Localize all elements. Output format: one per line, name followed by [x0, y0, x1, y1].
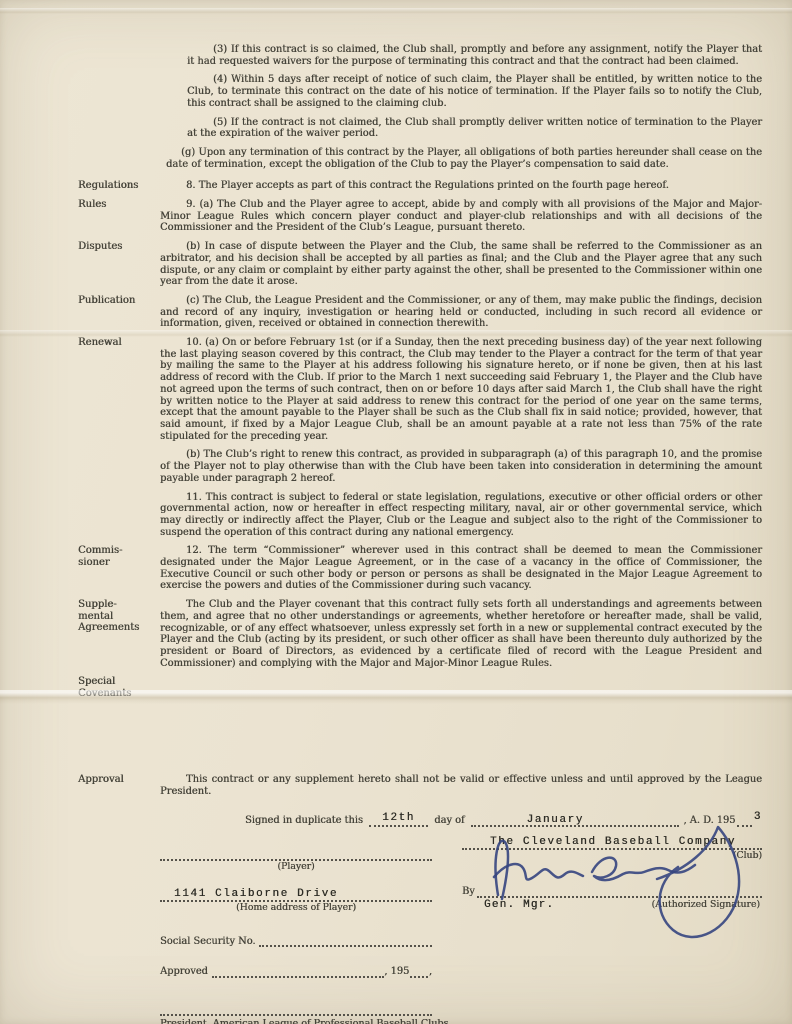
section-special-covenants: Special Covenants — [78, 676, 762, 772]
special-covenants-blank-area — [160, 676, 762, 772]
section-renewal: Renewal 10. (a) On or before February 1s… — [78, 337, 762, 545]
section-disputes: Disputes (b) In case of dispute between … — [78, 241, 762, 295]
approved-year-label: , 195 — [384, 966, 409, 978]
day-fill-field: 12th — [369, 811, 428, 827]
labeled-sections: Regulations 8. The Player accepts as par… — [78, 180, 762, 804]
margin-label-publication: Publication — [78, 295, 160, 337]
paragraph-9c: (c) The Club, the League President and t… — [160, 295, 762, 330]
club-column: The Cleveland Baseball Company (Club) By… — [462, 829, 762, 1024]
paragraph-9a: 9. (a) The Club and the Player agree to … — [160, 199, 762, 234]
margin-label-approval: Approval — [78, 774, 160, 804]
month-fill-field: January — [471, 813, 680, 827]
section-commissioner: Commis- sioner 12. The term “Commissione… — [78, 545, 762, 599]
club-label: (Club) — [462, 850, 762, 861]
paragraph-10b: (b) The Club’s right to renew this contr… — [160, 449, 762, 484]
league-president-line — [160, 1002, 432, 1016]
approved-label: Approved — [160, 966, 208, 978]
paragraph-9b: (b) In case of dispute between the Playe… — [160, 241, 762, 288]
paragraph-g: (g) Upon any termination of this contrac… — [166, 147, 762, 170]
paragraph-11: 11. This contract is subject to federal … — [160, 492, 762, 539]
gen-mgr-title: Gen. Mgr. — [484, 899, 554, 911]
year-fill-field — [737, 811, 751, 827]
margin-label-rules: Rules — [78, 199, 160, 241]
club-name-field: The Cleveland Baseball Company (Club) — [462, 829, 762, 861]
player-column: (Player) 1141 Claiborne Drive (Home addr… — [160, 831, 432, 1024]
waiver-clauses: (3) If this contract is so claimed, the … — [78, 44, 762, 170]
approved-year-line — [410, 964, 428, 978]
home-address-field: 1141 Claiborne Drive (Home address of Pl… — [160, 881, 432, 913]
approved-field: Approved , 195 , — [160, 964, 432, 978]
player-signature-field: (Player) — [160, 847, 432, 872]
by-label: By — [462, 886, 475, 898]
day-of-label: day of — [434, 815, 464, 827]
contract-page: (3) If this contract is so claimed, the … — [0, 0, 792, 1024]
paragraph-12: 12. The term “Commissioner” wherever use… — [160, 545, 762, 592]
under-by-labels: Gen. Mgr. (Authorized Signature) — [462, 899, 762, 911]
club-name-line: The Cleveland Baseball Company — [462, 829, 762, 850]
club-name-value: The Cleveland Baseball Company — [490, 836, 736, 848]
margin-label-regulations: Regulations — [78, 180, 160, 199]
player-label: (Player) — [160, 861, 432, 872]
social-security-line — [259, 933, 432, 947]
home-address-value: 1141 Claiborne Drive — [174, 888, 338, 900]
paragraph-approval: This contract or any supplement hereto s… — [160, 774, 762, 797]
paragraph-4: (4) Within 5 days after receipt of notic… — [187, 74, 762, 109]
signed-prefix-label: Signed in duplicate this — [245, 815, 363, 827]
margin-label-renewal: Renewal — [78, 337, 160, 545]
fold-crease-top — [0, 8, 792, 14]
section-approval: Approval This contract or any supplement… — [78, 774, 762, 804]
section-rules: Rules 9. (a) The Club and the Player agr… — [78, 199, 762, 241]
social-security-label: Social Security No. — [160, 936, 255, 947]
signed-in-duplicate-line: Signed in duplicate this 12th day of Jan… — [245, 811, 762, 827]
margin-label-commissioner: Commis- sioner — [78, 545, 160, 599]
signature-block: Signed in duplicate this 12th day of Jan… — [160, 811, 762, 1024]
margin-label-supplemental-agreements: Supple- mental Agreements — [78, 599, 160, 676]
authorized-signature-line — [477, 884, 762, 898]
paragraph-5: (5) If the contract is not claimed, the … — [187, 117, 762, 140]
social-security-field: Social Security No. — [160, 933, 432, 947]
paragraph-10a: 10. (a) On or before February 1st (or if… — [160, 337, 762, 442]
paragraph-3: (3) If this contract is so claimed, the … — [187, 44, 762, 67]
ad-195-label: , A. D. 195 — [683, 815, 735, 827]
section-regulations: Regulations 8. The Player accepts as par… — [78, 180, 762, 199]
margin-label-special-covenants: Special Covenants — [78, 676, 160, 772]
player-signature-line — [160, 847, 432, 861]
approved-line — [212, 964, 384, 978]
margin-label-disputes: Disputes — [78, 241, 160, 295]
paragraph-8: 8. The Player accepts as part of this co… — [160, 180, 762, 192]
day-value: 12th — [382, 812, 415, 824]
paragraph-supplemental: The Club and the Player covenant that th… — [160, 599, 762, 669]
home-address-line: 1141 Claiborne Drive — [160, 881, 432, 902]
year-value: 3 — [754, 811, 762, 824]
home-address-label: (Home address of Player) — [160, 902, 432, 913]
section-supplemental-agreements: Supple- mental Agreements The Club and t… — [78, 599, 762, 676]
column-spacer — [432, 831, 462, 1024]
league-president-label: President, American League of Profession… — [160, 1018, 460, 1024]
month-value: January — [527, 814, 584, 826]
league-president-field: President, American League of Profession… — [160, 1002, 460, 1024]
authorized-signature-field: By — [462, 884, 762, 898]
section-publication: Publication (c) The Club, the League Pre… — [78, 295, 762, 337]
authorized-signature-label: (Authorized Signature) — [652, 899, 761, 911]
signature-columns: (Player) 1141 Claiborne Drive (Home addr… — [160, 831, 762, 1024]
